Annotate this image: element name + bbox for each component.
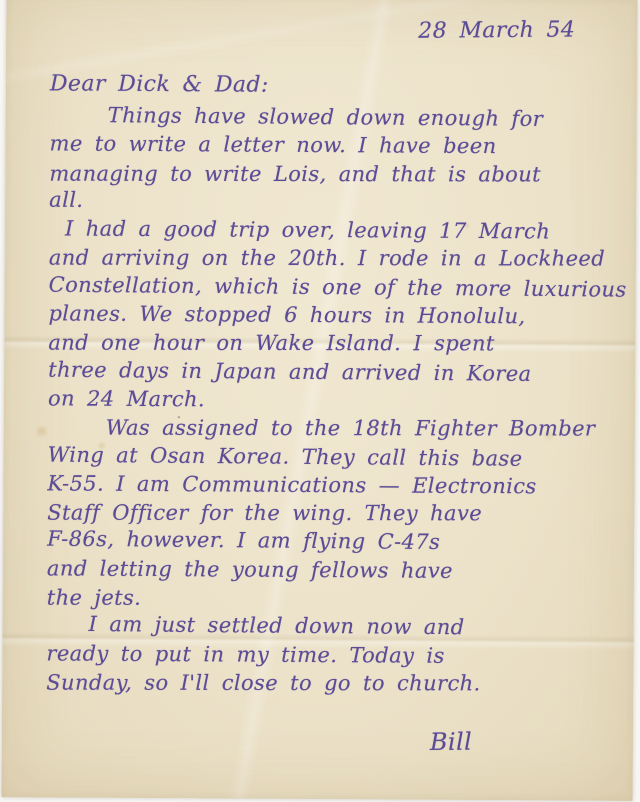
letter-line: I am just settled down now and xyxy=(46,612,612,645)
letter-line: managing to write Lois, and that is abou… xyxy=(49,161,615,190)
scanned-letter: 28 March 54 Dear Dick & Dad: Things have… xyxy=(0,0,640,802)
letter-salutation: Dear Dick & Dad: xyxy=(50,71,269,97)
letter-line: K-55. I am Communications — Electronics xyxy=(47,471,613,503)
letter-date: 28 March 54 xyxy=(418,17,575,43)
letter-line: Sunday, so I'll close to go to church. xyxy=(46,671,612,700)
letter-body: Things have slowed down enough for me to… xyxy=(46,103,616,701)
letter-line: I had a good trip over, leaving 17 March xyxy=(49,217,615,249)
letter-line: on 24 March. xyxy=(48,386,614,418)
letter-line: Was assigned to the 18th Fighter Bomber xyxy=(48,416,614,445)
letter-signature: Bill xyxy=(430,728,473,756)
letter-line: F-86s, however. I am flying C-47s xyxy=(47,527,613,560)
letter-line: Constellation, which is one of the more … xyxy=(49,272,615,305)
letter-line: the jets. xyxy=(47,586,613,615)
letter-line: and letting the young fellows have xyxy=(47,556,613,588)
letter-line: planes. We stopped 6 hours in Honolulu, xyxy=(48,301,614,333)
letter-line: and one hour on Wake Island. I spent xyxy=(48,331,614,360)
letter-line: and arriving on the 20th. I rode in a Lo… xyxy=(49,246,615,275)
letter-line: Staff Officer for the wing. They have xyxy=(47,501,613,530)
letter-line: Things have slowed down enough for xyxy=(50,103,616,136)
letter-line: Wing at Osan Korea. They call this base xyxy=(48,442,614,475)
letter-line: ready to put in my time. Today is xyxy=(46,641,612,673)
letter-line: three days in Japan and arrived in Korea xyxy=(48,357,614,390)
letter-paper: 28 March 54 Dear Dick & Dad: Things have… xyxy=(2,0,638,801)
letter-line: all. xyxy=(49,187,615,220)
letter-line: me to write a letter now. I have been xyxy=(49,132,615,164)
